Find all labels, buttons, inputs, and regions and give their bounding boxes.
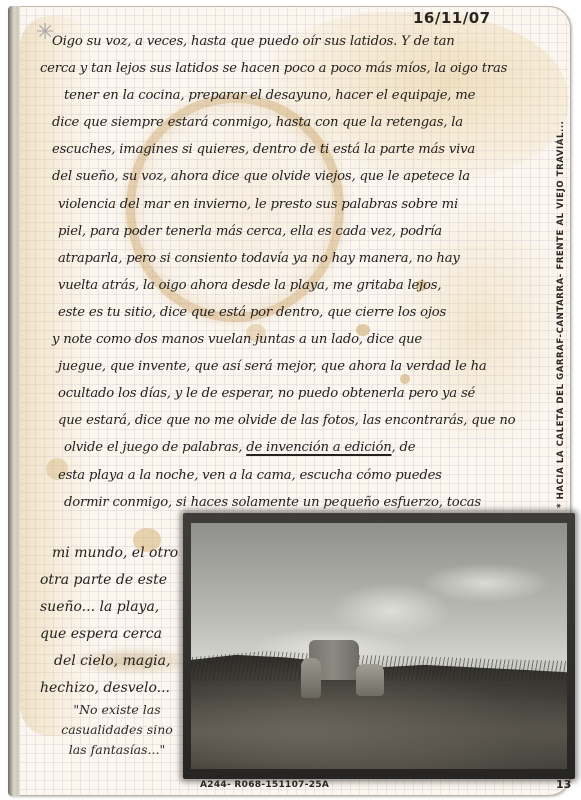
quote-line: "No existe las [52,700,182,720]
text-line: dice que siempre estará conmigo, hasta c… [52,109,552,136]
photo-image [191,523,567,769]
text-line: atraparla, pero si consiento todavía ya … [52,245,552,272]
text-line: sueño... la playa, [40,594,180,621]
text-line: ocultado los días, y le de esperar, no p… [52,380,552,407]
text-line: que estará, dice que no me olvide de las… [52,407,552,434]
text-line: Oigo su voz, a veces, hasta que puedo oí… [52,28,552,55]
text-line: y note como dos manos vuelan juntas a un… [52,326,552,353]
handwritten-body: Oigo su voz, a veces, hasta que puedo oí… [52,28,552,516]
text-line: juegue, que invente, que así será mejor,… [52,353,552,380]
text-line: vuelta atrás, la oigo ahora desde la pla… [52,272,552,299]
text-line: violencia del mar en invierno, le presto… [52,191,552,218]
text-line: cerca y tan lejos sus latidos se hacen p… [40,55,552,82]
text-line: que espera cerca [40,621,180,648]
text-line: esta playa a la noche, ven a la cama, es… [52,462,552,489]
text-line: olvide el juego de palabras, de invenció… [52,434,552,461]
text-line: este es tu sitio, dice que está por dent… [52,299,552,326]
text-line: piel, para poder tenerla más cerca, ella… [52,218,552,245]
text-line: escuches, imagines si quieres, dentro de… [52,136,552,163]
vertical-margin-note: * HACIA LA CALETA DEL GARRAF-CANTARRA- F… [556,121,566,509]
text-line: del sueño, su voz, ahora dice que olvide… [52,163,552,190]
page-number: 13 [556,778,571,791]
quote-line: casualidades sino [52,720,182,740]
pasted-photograph [183,513,575,779]
text-line: dormir conmigo, si haces solamente un pe… [52,489,552,516]
quote-line: las fantasías..." [52,740,182,760]
side-column-text: mi mundo, el otro otra parte de este sue… [40,540,180,702]
text-line: otra parte de este [40,567,180,594]
text-line: tener en la cocina, preparar el desayuno… [52,82,552,109]
cloud [421,563,551,603]
text-line: mi mundo, el otro [40,540,180,567]
armchair-icon [301,640,383,700]
text-line: hechizo, desvelo... [40,675,180,702]
handwritten-quote: "No existe las casualidades sino las fan… [52,700,182,760]
notebook-binding [8,6,20,796]
photo-caption: A244- R068-151107-25A [200,780,329,790]
underlined-phrase: de invención a edición [246,440,391,455]
entry-date: 16/11/07 [413,9,491,27]
text-line: del cielo, magia, [40,648,180,675]
